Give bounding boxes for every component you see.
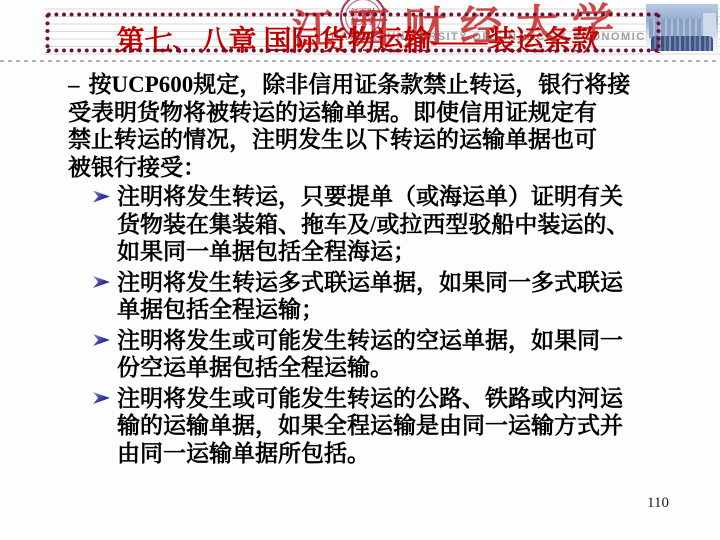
arrowhead-right-icon: [93, 275, 110, 290]
dash-bullet: –: [68, 72, 89, 97]
slide-body: –按UCP600规定，除非信用证条款禁止转运，银行将接 受表明货物将被转运的运输…: [0, 71, 720, 470]
bullet-item: 注明将发生或可能发生转运的空运单据，如果同一 份空运单据包括全程运输。: [117, 327, 697, 382]
bullet-item: 注明将发生转运多式联运单据，如果同一多式联运 单据包括全程运输；: [117, 269, 697, 324]
intro-paragraph: –按UCP600规定，除非信用证条款禁止转运，银行将接 受表明货物将被转运的运输…: [0, 71, 668, 181]
page-number: 110: [638, 495, 678, 512]
bullet-list: 注明将发生转运，只要提单（或海运单）证明有关 货物装在集装箱、拖车及/或拉西型驳…: [0, 183, 720, 467]
intro-paragraph-text: 按UCP600规定，除非信用证条款禁止转运，银行将接 受表明货物将被转运的运输单…: [68, 72, 630, 180]
bullet-text: 注明将发生或可能发生转运的公路、铁路或内河运 输的运输单据，如果全程运输是由同一…: [117, 386, 623, 466]
presentation-slide: JIANGXI UNIVERSITY OF FINANCE & ECONOMIC…: [0, 0, 720, 540]
slide-title: 第七、八章 国际货物运输——装运条款: [58, 19, 658, 59]
bullet-item: 注明将发生或可能发生转运的公路、铁路或内河运 输的运输单据，如果全程运输是由同一…: [117, 385, 697, 468]
bullet-item: 注明将发生转运，只要提单（或海运单）证明有关 货物装在集装箱、拖车及/或拉西型驳…: [117, 183, 697, 266]
photo-tower: [702, 13, 716, 38]
bullet-text: 注明将发生转运多式联运单据，如果同一多式联运 单据包括全程运输；: [117, 270, 623, 323]
bullet-text: 注明将发生转运，只要提单（或海运单）证明有关 货物装在集装箱、拖车及/或拉西型驳…: [117, 184, 629, 264]
arrowhead-right-icon: [93, 189, 110, 204]
arrowhead-right-icon: [93, 333, 110, 348]
bullet-text: 注明将发生或可能发生转运的空运单据，如果同一 份空运单据包括全程运输。: [117, 328, 623, 381]
slide-header: JIANGXI UNIVERSITY OF FINANCE & ECONOMIC…: [0, 0, 720, 62]
header-divider: [0, 60, 720, 62]
photo-people-group: [651, 36, 713, 51]
arrowhead-right-icon: [93, 391, 110, 406]
